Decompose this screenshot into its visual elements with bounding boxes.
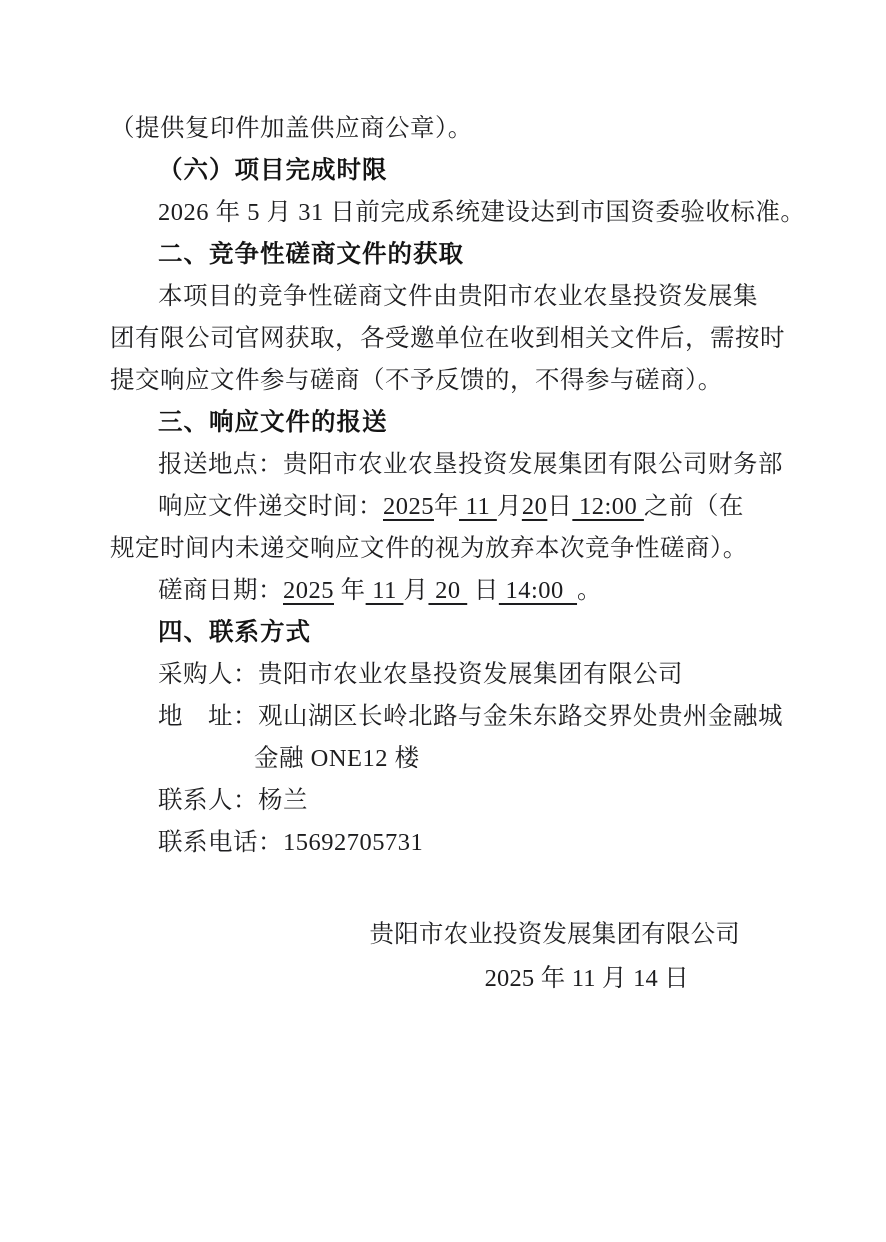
document-acquisition-text-line-3: 提交响应文件参与磋商（不予反馈的，不得参与磋商）。	[110, 360, 806, 402]
underlined-field: 14:00	[499, 577, 577, 604]
text-segment: 本项目的竞争性磋商文件由贵阳市农业农垦投资发展集	[158, 283, 758, 310]
section-heading-document-acquisition: 二、竞争性磋商文件的获取	[110, 234, 806, 276]
contact-phone-line: 联系电话：15692705731	[110, 822, 806, 864]
text-segment: （提供复印件加盖供应商公章）。	[110, 115, 473, 142]
text-segment: 采购人：贵阳市农业农垦投资发展集团有限公司	[158, 661, 683, 688]
document-body: （提供复印件加盖供应商公章）。（六）项目完成时限2026 年 5 月 31 日前…	[0, 0, 886, 864]
contact-person-line: 联系人：杨兰	[110, 780, 806, 822]
purchaser-line: 采购人：贵阳市农业农垦投资发展集团有限公司	[110, 654, 806, 696]
negotiation-date-line: 磋商日期：2025 年 11 月 20 日 14:00 。	[110, 570, 806, 612]
text-segment: （六）项目完成时限	[158, 157, 388, 184]
text-segment: 联系电话：15692705731	[158, 829, 423, 856]
text-segment: 。	[577, 577, 602, 604]
text-segment: 年	[434, 493, 459, 520]
document-acquisition-text-line-1: 本项目的竞争性磋商文件由贵阳市农业农垦投资发展集	[110, 276, 806, 318]
text-segment: 三、响应文件的报送	[158, 409, 388, 436]
section-heading-response-submission: 三、响应文件的报送	[110, 402, 806, 444]
text-segment: 二、竞争性磋商文件的获取	[158, 241, 464, 268]
address-continuation-line: 金融 ONE12 楼	[110, 738, 806, 780]
text-segment: 之前（在	[644, 493, 744, 520]
text-segment: 提交响应文件参与磋商（不予反馈的，不得参与磋商）。	[110, 367, 723, 394]
text-segment: 日	[547, 493, 572, 520]
text-segment: 2026 年 5 月 31 日前完成系统建设达到市国资委验收标准。	[158, 199, 805, 226]
text-segment: 团有限公司官网获取，各受邀单位在收到相关文件后，需按时	[110, 325, 785, 352]
submission-deadline-continuation: 规定时间内未递交响应文件的视为放弃本次竞争性磋商）。	[110, 528, 806, 570]
underlined-field: 12:00	[572, 493, 644, 520]
text-segment: 联系人：杨兰	[158, 787, 308, 814]
text-segment: 规定时间内未递交响应文件的视为放弃本次竞争性磋商）。	[110, 535, 748, 562]
text-segment: 报送地点：贵阳市农业农垦投资发展集团有限公司财务部	[158, 451, 783, 478]
signature-block: 贵阳市农业投资发展集团有限公司 2025 年 11 月 14 日	[0, 914, 886, 1002]
underlined-field: 11	[366, 577, 404, 604]
stamp-note-line: （提供复印件加盖供应商公章）。	[110, 108, 806, 150]
underlined-field: 2025	[383, 493, 434, 520]
text-segment: 地 址：观山湖区长岭北路与金朱东路交界处贵州金融城	[158, 703, 783, 730]
text-segment: 年	[334, 577, 366, 604]
underlined-field: 20	[522, 493, 548, 520]
section-heading-contact-info: 四、联系方式	[110, 612, 806, 654]
section-heading-project-deadline: （六）项目完成时限	[110, 150, 806, 192]
signature-company: 贵阳市农业投资发展集团有限公司	[0, 914, 886, 956]
underlined-field: 11	[459, 493, 497, 520]
text-segment: 月	[497, 493, 522, 520]
submission-deadline-line: 响应文件递交时间：2025年 11 月20日 12:00 之前（在	[110, 486, 806, 528]
text-segment: 响应文件递交时间：	[158, 493, 383, 520]
text-segment: 日	[467, 577, 499, 604]
text-segment: 四、联系方式	[158, 619, 311, 646]
document-acquisition-text-line-2: 团有限公司官网获取，各受邀单位在收到相关文件后，需按时	[110, 318, 806, 360]
address-line: 地 址：观山湖区长岭北路与金朱东路交界处贵州金融城	[110, 696, 806, 738]
document-page: （提供复印件加盖供应商公章）。（六）项目完成时限2026 年 5 月 31 日前…	[0, 0, 886, 1242]
signature-date: 2025 年 11 月 14 日	[0, 956, 886, 1002]
underlined-field: 20	[428, 577, 467, 604]
underlined-field: 2025	[283, 577, 334, 604]
text-segment: 金融 ONE12 楼	[254, 745, 420, 772]
text-segment: 月	[403, 577, 428, 604]
project-deadline-text: 2026 年 5 月 31 日前完成系统建设达到市国资委验收标准。	[110, 192, 806, 234]
text-segment: 磋商日期：	[158, 577, 283, 604]
submission-location-line: 报送地点：贵阳市农业农垦投资发展集团有限公司财务部	[110, 444, 806, 486]
